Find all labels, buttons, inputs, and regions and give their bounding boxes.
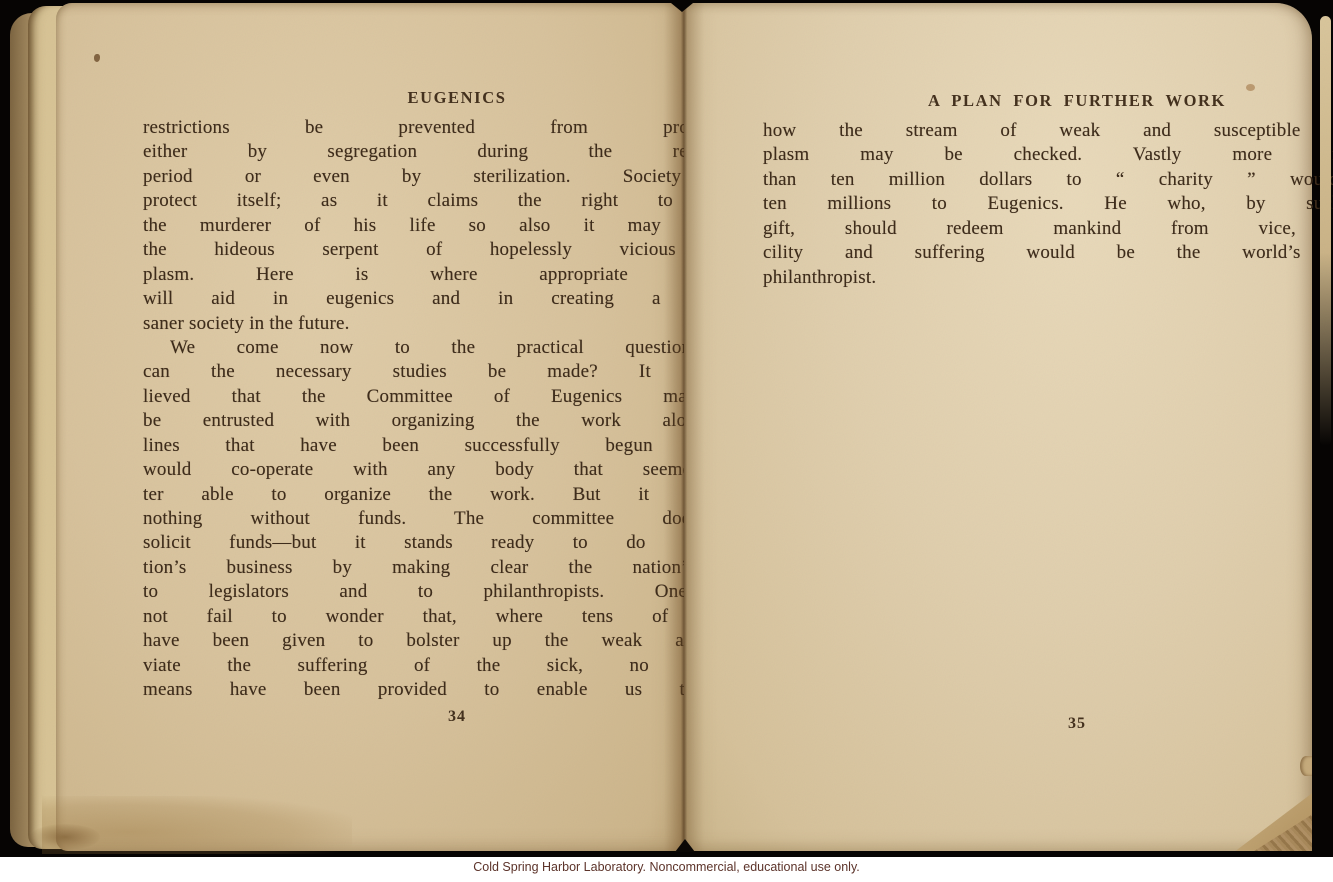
left-page-body: restrictions be prevented from procreati…: [143, 116, 771, 703]
text-line: will aid in eugenics and in creating a h…: [143, 287, 771, 311]
attribution-bar: Cold Spring Harbor Laboratory. Noncommer…: [0, 857, 1333, 882]
text-line: nothing without funds. The committee doe…: [143, 507, 771, 531]
running-header-left: EUGENICS: [143, 88, 771, 108]
text-line: how the stream of weak and susceptible p…: [763, 119, 1333, 143]
text-line: than ten million dollars to “ charity ” …: [763, 168, 1333, 192]
foxing-spot-right: [1246, 84, 1255, 91]
text-line: lines that have been successfully begun …: [143, 434, 771, 458]
right-page-body: how the stream of weak and susceptible p…: [763, 119, 1333, 290]
text-line: saner society in the future.: [143, 312, 771, 336]
running-header-right: A PLAN FOR FURTHER WORK: [763, 91, 1333, 111]
text-line: viate the suffering of the sick, no impo…: [143, 654, 771, 678]
gutter-notch-bottom: [675, 839, 695, 852]
book-photo: EUGENICS restrictions be prevented from …: [0, 0, 1333, 857]
attribution-caption: Cold Spring Harbor Laboratory. Noncommer…: [473, 860, 860, 874]
text-line: gift, should redeem mankind from vice, i…: [763, 217, 1333, 241]
text-line: can the necessary studies be made? It is…: [143, 360, 771, 384]
gutter-notch-top: [671, 3, 693, 12]
text-line: ten millions to Eugenics. He who, by suc…: [763, 192, 1333, 216]
text-line: tion’s business by making clear the nati…: [143, 556, 771, 580]
text-line: the hideous serpent of hopelessly viciou…: [143, 238, 771, 262]
page-number-left: 34: [143, 708, 771, 726]
text-line: lieved that the Committee of Eugenics ma…: [143, 385, 771, 409]
text-line: either by segregation during the reprodu…: [143, 140, 771, 164]
text-line: plasm. Here is where appropriate legisla…: [143, 263, 771, 287]
text-line: ter able to organize the work. But it ca…: [143, 483, 771, 507]
text-line: means have been provided to enable us to…: [143, 678, 771, 702]
text-line: philanthropist.: [763, 266, 1333, 290]
text-line: be entrusted with organizing the work al…: [143, 409, 771, 433]
text-line: would co-operate with any body that seem…: [143, 458, 771, 482]
text-line: not fail to wonder that, where tens of m…: [143, 605, 771, 629]
text-line: cility and suffering would be the world’…: [763, 241, 1333, 265]
left-page: EUGENICS restrictions be prevented from …: [56, 3, 684, 851]
text-line: have been given to bolster up the weak a…: [143, 629, 771, 653]
text-line: plasm may be checked. Vastly more effect…: [763, 143, 1333, 167]
text-line: protect itself; as it claims the right t…: [143, 189, 771, 213]
stain-bottom-left-dark: [30, 824, 100, 850]
text-line: to legislators and to philanthropists. O…: [143, 580, 771, 604]
right-page: A PLAN FOR FURTHER WORK how the stream o…: [684, 3, 1312, 851]
edge-chip-right: [1300, 756, 1312, 776]
text-line: the murderer of his life so also it may …: [143, 214, 771, 238]
text-line: solicit funds—but it stands ready to do …: [143, 531, 771, 555]
page-number-right: 35: [763, 715, 1333, 733]
text-line: We come now to the practical question, h…: [143, 336, 771, 360]
text-line: restrictions be prevented from procreati…: [143, 116, 771, 140]
page-edge-right: [1320, 16, 1331, 446]
text-line: period or even by sterilization. Society…: [143, 165, 771, 189]
